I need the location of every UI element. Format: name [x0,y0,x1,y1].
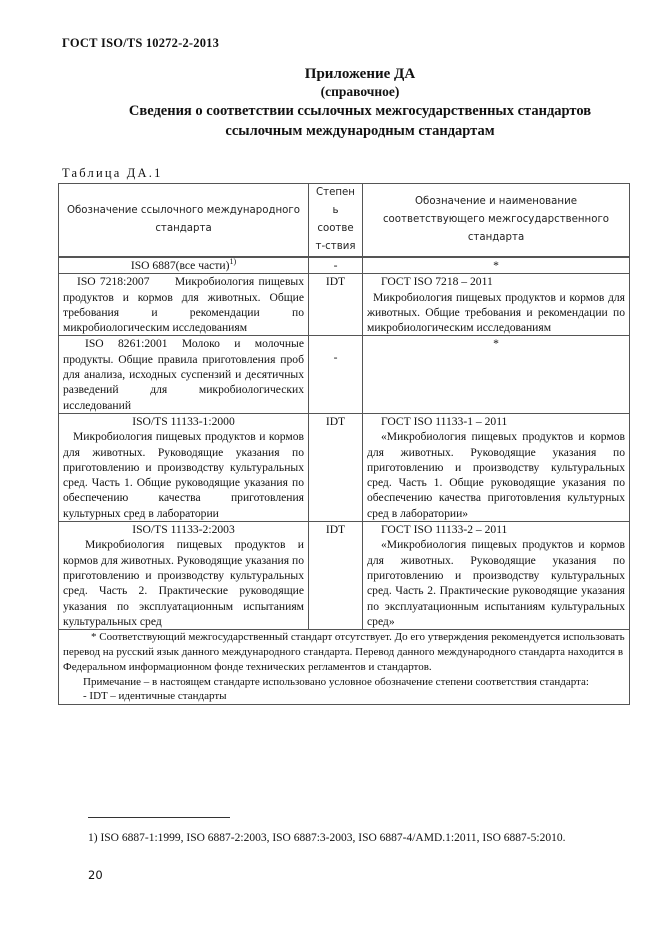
intl-standard-cell: ISO 7218:2007 Микробиология пищевых прод… [59,274,309,336]
interstate-code: ГОСТ ISO 11133-2 – 2011 [367,522,625,537]
annex-subtitle-line-2: ссылочным международным стандартам [60,121,660,141]
column-header-degree-line: соотве [311,220,360,238]
interstate-standard-cell: ГОСТ ISO 7218 – 2011 Микробиология пищев… [363,274,630,336]
annex-subtitle: Сведения о соответствии ссылочных межгос… [60,101,660,141]
annex-title: Приложение ДА [60,66,660,83]
intl-code: ISO/TS 11133-2:2003 [63,522,304,537]
document-id: ГОСТ ISO/TS 10272-2-2013 [62,36,219,51]
table-row: ISO 6887(все части)1) - * [59,257,630,274]
interstate-title: «Микробиология пищевых продуктов и кормо… [367,429,625,521]
table-label: Таблица ДА.1 [62,166,163,181]
column-header-degree-line: т-ствия [311,238,360,256]
idt-legend: - IDT – идентичные стандарты [63,689,625,704]
column-header-interstate-standard: Обозначение и наименование соответствующ… [363,184,630,258]
interstate-code: ГОСТ ISO 7218 – 2011 [367,274,625,289]
degree-cell: IDT [309,274,363,336]
interstate-standard-cell: * [363,257,630,274]
intl-code: ISO 8261:2001 [85,337,168,350]
intl-title: Микробиология пищевых продуктов и кормов… [63,429,304,521]
column-header-degree-line: Степен [311,184,360,202]
interstate-standard-cell: ГОСТ ISO 11133-2 – 2011 «Микробиология п… [363,522,630,630]
interstate-code: ГОСТ ISO 11133-1 – 2011 [367,414,625,429]
column-header-degree: Степен ь соотве т-ствия [309,184,363,258]
intl-standard-cell: ISO/TS 11133-2:2003 Микробиология пищевы… [59,522,309,630]
table-header-row: Обозначение ссылочного международного ст… [59,184,630,258]
intl-code: ISO/TS 11133-1:2000 [63,414,304,429]
footnote-separator [88,817,230,818]
annex-subtitle-line-1: Сведения о соответствии ссылочных межгос… [60,101,660,121]
annex-type: (справочное) [60,84,660,100]
degree-cell: IDT [309,413,363,521]
table-row: ISO/TS 11133-1:2000 Микробиология пищевы… [59,413,630,521]
intl-standard-cell: ISO 8261:2001 Молоко и молочные продукты… [59,336,309,413]
asterisk-note: * Соответствующий межгосударственный ста… [63,630,625,674]
intl-title: Микробиология пищевых продуктов и кормов… [63,537,304,629]
degree-cell: IDT [309,522,363,630]
correspondence-table: Обозначение ссылочного международного ст… [58,183,630,705]
interstate-title: «Микробиология пищевых продуктов и кормо… [367,537,625,629]
intl-standard-cell: ISO 6887(все части)1) [59,257,309,274]
degree-cell: - [309,336,363,413]
footnote: 1) ISO 6887-1:1999, ISO 6887-2:2003, ISO… [88,832,565,844]
interstate-title: Микробиология пищевых продуктов и кормов… [367,290,625,336]
interstate-standard-cell: ГОСТ ISO 11133-1 – 2011 «Микробиология п… [363,413,630,521]
footnote-ref: 1) [229,257,236,266]
column-header-degree-line: ь [311,202,360,220]
table-row: ISO 7218:2007 Микробиология пищевых прод… [59,274,630,336]
intl-standard-cell: ISO/TS 11133-1:2000 Микробиология пищевы… [59,413,309,521]
remark-note: Примечание – в настоящем стандарте испол… [63,675,625,690]
interstate-standard-cell: * [363,336,630,413]
intl-code: ISO 6887(все части) [131,259,230,272]
table-notes-row: * Соответствующий межгосударственный ста… [59,630,630,705]
page-number: 20 [88,868,103,882]
degree-cell: - [309,257,363,274]
table-row: ISO/TS 11133-2:2003 Микробиология пищевы… [59,522,630,630]
column-header-intl-standard: Обозначение ссылочного международного ст… [59,184,309,258]
table-row: ISO 8261:2001 Молоко и молочные продукты… [59,336,630,413]
table-notes-cell: * Соответствующий межгосударственный ста… [59,630,630,705]
intl-code: ISO 7218:2007 [77,275,150,288]
